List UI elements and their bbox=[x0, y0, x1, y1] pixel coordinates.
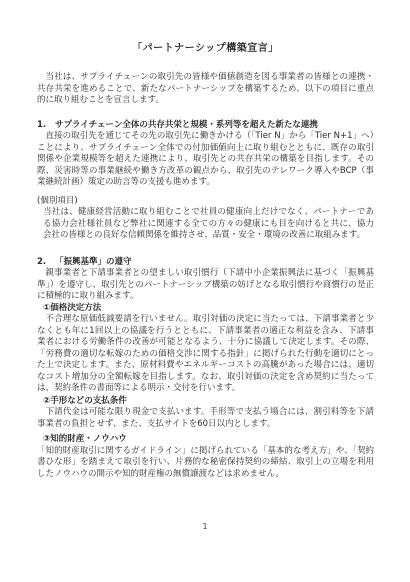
subsection-2-heading: ②手形などの支払条件 bbox=[43, 396, 374, 408]
subsection-1-body: 不合理な原価低減要請を行いません。取引対価の決定に当たっては、下請事業者と少なく… bbox=[37, 314, 374, 395]
section-1-number: 1. bbox=[37, 120, 55, 132]
intro-paragraph: 当社は、サプライチェーンの取引先の皆様や価値創造を図る事業者の皆様との連携・共存… bbox=[37, 72, 374, 107]
section-2-heading-text: 「振興基準」の遵守 bbox=[55, 257, 132, 267]
section-1-heading-text: サプライチェーン全体の共存共栄と規模・系列等を超えた新たな連携 bbox=[55, 120, 318, 130]
document-page: 「パートナーシップ構築宣言」 当社は、サプライチェーンの取引先の皆様や価値創造を… bbox=[0, 0, 410, 582]
subsection-1-heading: ①価格決定方法 bbox=[43, 303, 374, 315]
subsection-3-body: 「知的財産取引に関するガイドライン」に掲げられている「基本的な考え方」や、「契約… bbox=[37, 446, 374, 481]
section-2-number: 2. bbox=[37, 257, 55, 269]
subsection-3-heading: ③知的財産・ノウハウ bbox=[43, 434, 374, 446]
section-2-body: 親事業者と下請事業者との望ましい取引慣行（下請中小企業振興法に基づく「振興基準」… bbox=[37, 268, 374, 303]
individual-item-label: (個別項目) bbox=[37, 196, 374, 208]
subsection-2-body: 下請代金は可能な限り現金で支払います。手形等で支払う場合には、割引料等を下請事業… bbox=[37, 407, 374, 430]
document-title: 「パートナーシップ構築宣言」 bbox=[37, 43, 374, 55]
page-number: 1 bbox=[0, 521, 410, 533]
section-1-body: 直接の取引先を通じてその先の取引先に働きかける（「Tier N」から「Tier … bbox=[37, 131, 374, 189]
section-2-heading: 2.「振興基準」の遵守 bbox=[37, 257, 374, 269]
individual-item-block: (個別項目) 当社は、健康経営活動に取り組むことで社員の健康向上だけでなく、パー… bbox=[37, 196, 374, 242]
section-1-heading: 1.サプライチェーン全体の共存共栄と規模・系列等を超えた新たな連携 bbox=[37, 120, 374, 132]
individual-item-body: 当社は、健康経営活動に取り組むことで社員の健康向上だけでなく、パートナーである協… bbox=[43, 207, 374, 242]
